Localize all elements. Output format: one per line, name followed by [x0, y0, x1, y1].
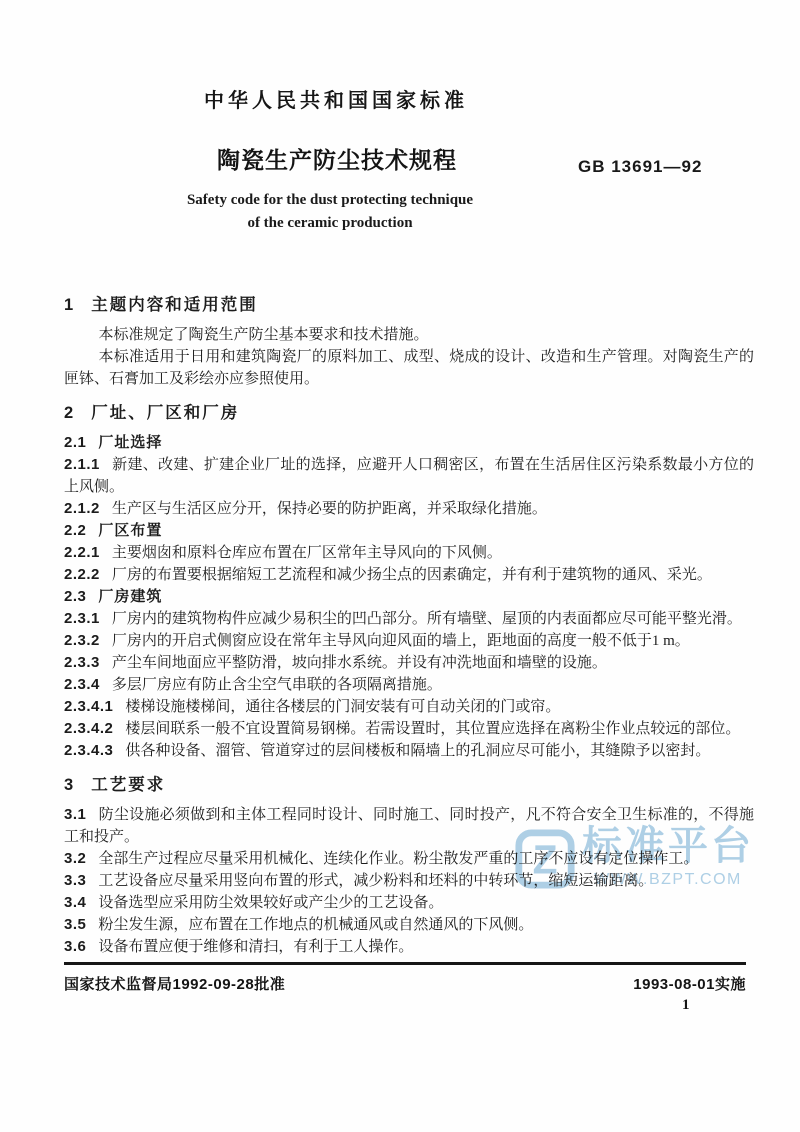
clause-number: 2.3.4 [64, 676, 100, 693]
clause-3.1: 3.1防尘设施必须做到和主体工程同时设计、同时施工、同时投产，凡不符合安全卫生标… [64, 804, 754, 848]
clause-text: 楼层间联系一般不宜设置简易钢梯。若需设置时，其位置应选择在离粉尘作业点较远的部位… [125, 721, 740, 737]
clause-number: 2.3.3 [64, 654, 100, 671]
clause-number: 2.3.1 [64, 610, 100, 627]
clause-text: 设备选型应采用防尘效果较好或产尘少的工艺设备。 [98, 895, 443, 911]
clause-number: 3.6 [64, 938, 86, 955]
clause-2.1: 2.1厂址选择 [64, 432, 754, 454]
approval-label: 国家技术监督局1992-09-28批准 [64, 973, 285, 994]
clause-2.1.1: 2.1.1新建、改建、扩建企业厂址的选择，应避开人口稠密区，布置在生活居住区污染… [64, 454, 754, 498]
section-title: 厂址、厂区和厂房 [91, 404, 239, 422]
section-number: 2 [64, 404, 73, 422]
clause-text: 供各种设备、溜管、管道穿过的层间楼板和隔墙上的孔洞应尽可能小，其缝隙予以密封。 [125, 743, 710, 759]
clause-2.3.4: 2.3.4多层厂房应有防止含尘空气串联的各项隔离措施。 [64, 674, 754, 696]
clause-2.2: 2.2厂区布置 [64, 520, 754, 542]
clause-number: 2.2.1 [64, 544, 100, 561]
page-number: 1 [682, 997, 690, 1014]
section-title: 工艺要求 [91, 776, 165, 794]
clause-number: 2.1.1 [64, 456, 100, 473]
clause-number: 3.4 [64, 894, 86, 911]
clause-number: 2.3.4.2 [64, 720, 113, 737]
clause-number: 2.2 [64, 522, 86, 539]
clause-number: 2.1 [64, 434, 86, 451]
clause-text: 全部生产过程应尽量采用机械化、连续化作业。粉尘散发严重的工序不应设有定位操作工。 [98, 851, 698, 867]
clause-2.2.1: 2.2.1主要烟囱和原料仓库应布置在厂区常年主导风向的下风侧。 [64, 542, 754, 564]
clause-text: 新建、改建、扩建企业厂址的选择，应避开人口稠密区，布置在生活居住区污染系数最小方… [64, 457, 754, 495]
clause-text: 产尘车间地面应平整防滑，坡向排水系统。并设有冲洗地面和墙壁的设施。 [112, 655, 607, 671]
paragraph: 本标准适用于日用和建筑陶瓷厂的原料加工、成型、烧成的设计、改造和生产管理。对陶瓷… [64, 346, 754, 390]
clause-number: 2.3 [64, 588, 86, 605]
page: 中华人民共和国国家标准 陶瓷生产防尘技术规程 GB 13691—92 Safet… [0, 0, 800, 1132]
clause-2.3.2: 2.3.2厂房内的开启式侧窗应设在常年主导风向迎风面的墙上，距地面的高度一般不低… [64, 630, 754, 652]
section-heading-1: 1主题内容和适用范围 [64, 294, 754, 316]
clause-2.2.2: 2.2.2厂房的布置要根据缩短工艺流程和减少扬尘点的因素确定，并有利于建筑物的通… [64, 564, 754, 586]
clause-number: 2.3.2 [64, 632, 100, 649]
clause-text: 防尘设施必须做到和主体工程同时设计、同时施工、同时投产，凡不符合安全卫生标准的，… [64, 807, 754, 845]
clause-text: 设备布置应便于维修和清扫，有利于工人操作。 [98, 939, 413, 955]
clause-number: 3.3 [64, 872, 86, 889]
clause-2.3.4.3: 2.3.4.3供各种设备、溜管、管道穿过的层间楼板和隔墙上的孔洞应尽可能小，其缝… [64, 740, 754, 762]
clause-number: 2.3.4.1 [64, 698, 113, 715]
clause-2.3.4.2: 2.3.4.2楼层间联系一般不宜设置简易钢梯。若需设置时，其位置应选择在离粉尘作… [64, 718, 754, 740]
section-title: 主题内容和适用范围 [91, 296, 258, 314]
standard-number: GB 13691—92 [578, 157, 702, 177]
clause-3.4: 3.4设备选型应采用防尘效果较好或产尘少的工艺设备。 [64, 892, 754, 914]
clause-2.1.2: 2.1.2生产区与生活区应分开，保持必要的防护距离，并采取绿化措施。 [64, 498, 754, 520]
clause-text: 工艺设备应尽量采用竖向布置的形式，减少粉料和坯料的中转环节，缩短运输距离。 [98, 873, 653, 889]
section-number: 3 [64, 776, 73, 794]
clause-number: 2.2.2 [64, 566, 100, 583]
clause-2.3: 2.3厂房建筑 [64, 586, 754, 608]
clause-number: 2.3.4.3 [64, 742, 113, 759]
document-title-en: Safety code for the dust protecting tech… [0, 189, 660, 235]
title-en-line2: of the ceramic production [0, 212, 660, 235]
clause-number: 2.1.2 [64, 500, 100, 517]
section-heading-3: 3工艺要求 [64, 774, 754, 796]
document-title-cn: 陶瓷生产防尘技术规程 [217, 142, 457, 175]
title-en-line1: Safety code for the dust protecting tech… [0, 189, 660, 212]
clause-number: 3.5 [64, 916, 86, 933]
section-heading-2: 2厂址、厂区和厂房 [64, 402, 754, 424]
clause-3.5: 3.5粉尘发生源，应布置在工作地点的机械通风或自然通风的下风侧。 [64, 914, 754, 936]
clause-text: 主要烟囱和原料仓库应布置在厂区常年主导风向的下风侧。 [112, 545, 502, 561]
standard-type-label: 中华人民共和国国家标准 [204, 84, 468, 113]
clause-2.3.3: 2.3.3产尘车间地面应平整防滑，坡向排水系统。并设有冲洗地面和墙壁的设施。 [64, 652, 754, 674]
clause-text: 多层厂房应有防止含尘空气串联的各项隔离措施。 [112, 677, 442, 693]
clause-text: 厂房的布置要根据缩短工艺流程和减少扬尘点的因素确定，并有利于建筑物的通风、采光。 [112, 567, 712, 583]
section-number: 1 [64, 296, 73, 314]
paragraph-text: 本标准规定了陶瓷生产防尘基本要求和技术措施。 [99, 327, 429, 343]
paragraph: 本标准规定了陶瓷生产防尘基本要求和技术措施。 [64, 324, 754, 346]
clause-text: 厂房内的开启式侧窗应设在常年主导风向迎风面的墙上，距地面的高度一般不低于1 m。 [112, 633, 690, 649]
clause-text: 厂址选择 [98, 434, 162, 451]
clause-text: 厂区布置 [98, 522, 162, 539]
clause-3.3: 3.3工艺设备应尽量采用竖向布置的形式，减少粉料和坯料的中转环节，缩短运输距离。 [64, 870, 754, 892]
clause-number: 3.1 [64, 806, 86, 823]
clause-text: 粉尘发生源，应布置在工作地点的机械通风或自然通风的下风侧。 [98, 917, 533, 933]
clause-text: 生产区与生活区应分开，保持必要的防护距离，并采取绿化措施。 [112, 501, 547, 517]
clause-text: 厂房建筑 [98, 588, 162, 605]
clause-3.6: 3.6设备布置应便于维修和清扫，有利于工人操作。 [64, 936, 754, 958]
paragraph-text: 本标准适用于日用和建筑陶瓷厂的原料加工、成型、烧成的设计、改造和生产管理。对陶瓷… [64, 349, 754, 387]
clause-text: 厂房内的建筑物构件应减少易积尘的凹凸部分。所有墙壁、屋顶的内表面都应尽可能平整光… [112, 611, 742, 627]
implementation-label: 1993-08-01实施 [633, 973, 746, 994]
document-footer: 国家技术监督局1992-09-28批准 1993-08-01实施 [64, 962, 746, 994]
clause-number: 3.2 [64, 850, 86, 867]
clause-3.2: 3.2全部生产过程应尽量采用机械化、连续化作业。粉尘散发严重的工序不应设有定位操… [64, 848, 754, 870]
clause-text: 楼梯设施楼梯间，通往各楼层的门洞安装有可自动关闭的门或帘。 [125, 699, 560, 715]
clause-2.3.4.1: 2.3.4.1楼梯设施楼梯间，通往各楼层的门洞安装有可自动关闭的门或帘。 [64, 696, 754, 718]
clause-2.3.1: 2.3.1厂房内的建筑物构件应减少易积尘的凹凸部分。所有墙壁、屋顶的内表面都应尽… [64, 608, 754, 630]
document-body: 1主题内容和适用范围本标准规定了陶瓷生产防尘基本要求和技术措施。本标准适用于日用… [64, 294, 754, 958]
